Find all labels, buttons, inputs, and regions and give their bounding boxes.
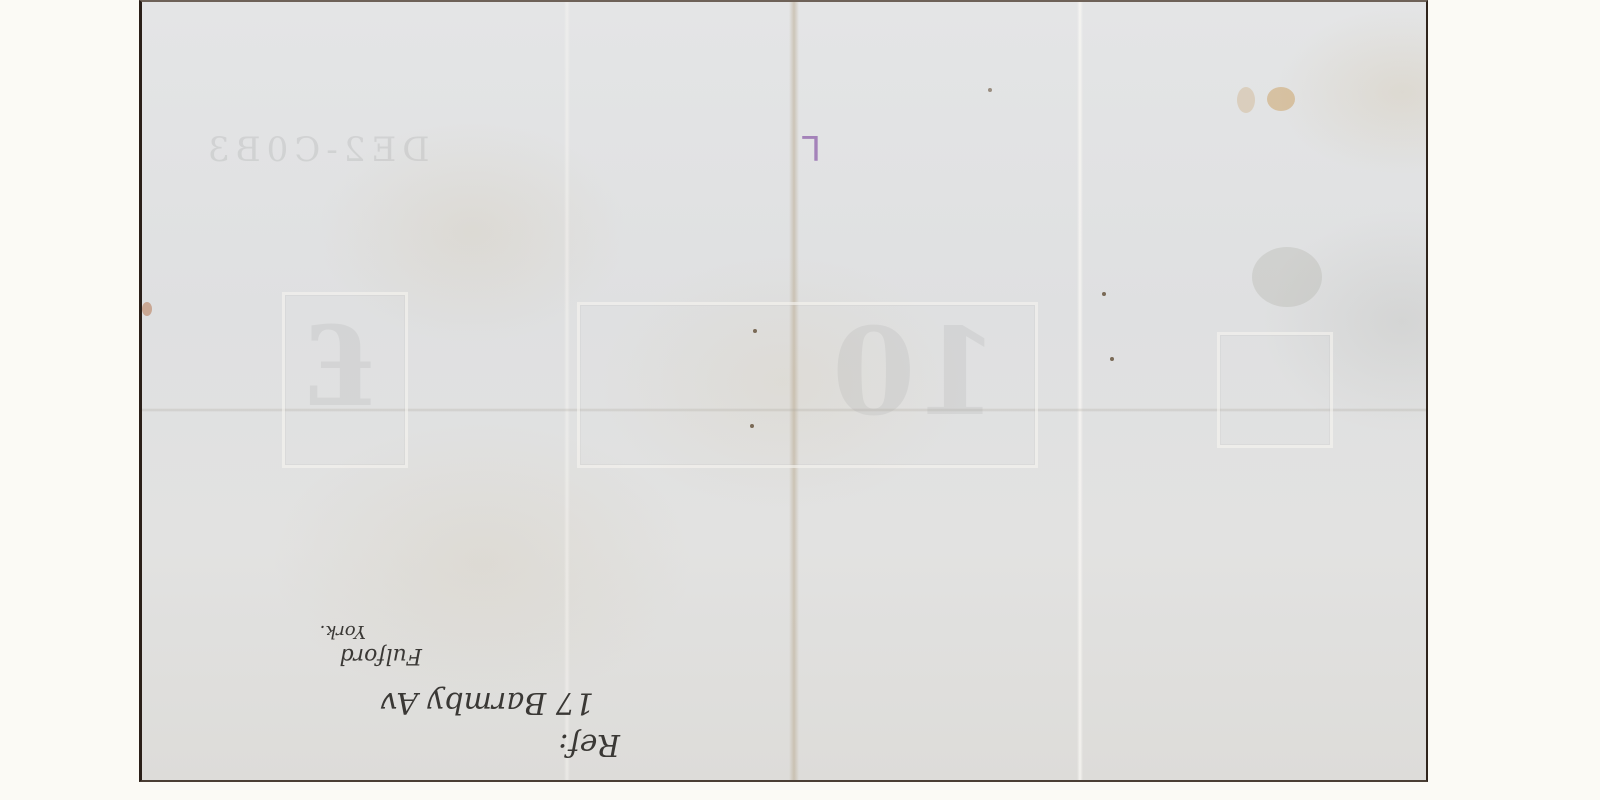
stain-spot (1267, 87, 1295, 111)
stain-spot (1237, 87, 1255, 113)
stain-edge (142, 302, 152, 316)
speck (1110, 357, 1114, 361)
handwritten-address: Ref: 17 Barmby Av Fulford York. (262, 614, 622, 764)
speck (1102, 292, 1106, 296)
handwriting-street: 17 Barmby Av (380, 685, 594, 720)
show-through-numeral-center: 10 (832, 302, 999, 443)
handwriting-ref: Ref: (558, 727, 620, 762)
stain-smudge (1252, 247, 1322, 307)
vertical-fold-right (1077, 2, 1083, 780)
handwriting-city: York. (320, 621, 366, 642)
show-through-numeral-left: £ (302, 302, 379, 431)
handwriting-district: Fulford (340, 643, 422, 668)
purple-ink-mark: L (802, 127, 821, 167)
show-through-text-top: DE2-C0B3 (202, 130, 429, 170)
show-through-panel-right (1217, 332, 1333, 448)
speck (753, 329, 757, 333)
speck (750, 424, 754, 428)
speck (988, 88, 992, 92)
